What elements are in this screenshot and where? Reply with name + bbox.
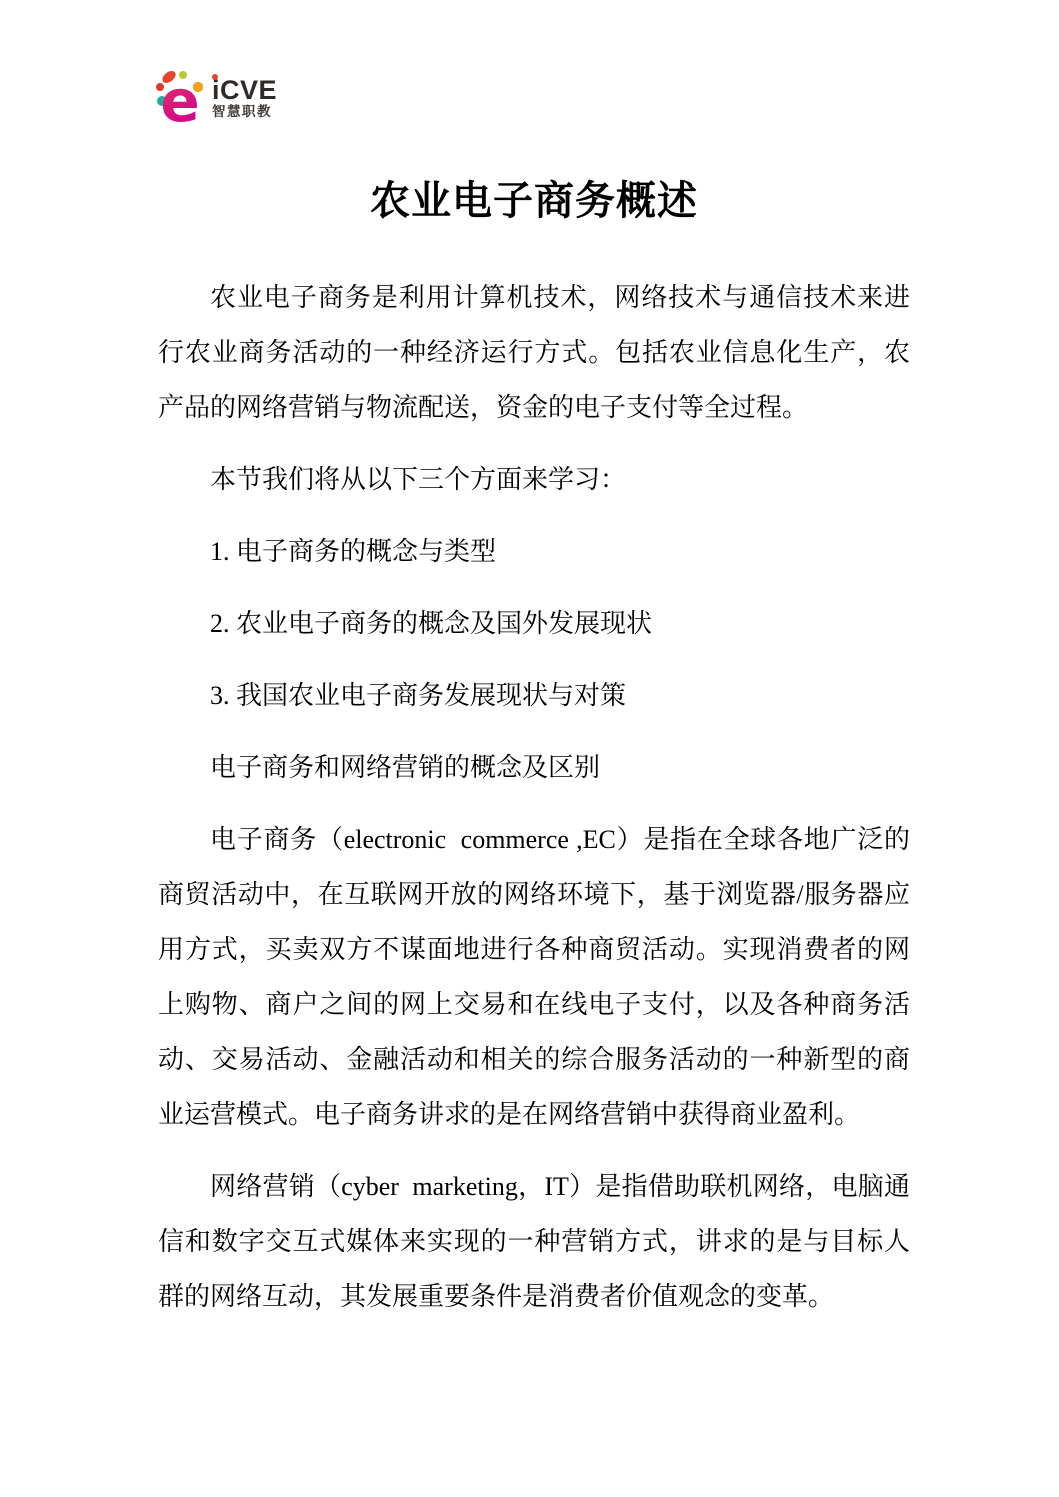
list-item-2: 2. 农业电子商务的概念及国外发展现状 xyxy=(158,596,910,651)
brand-letters-cve: CVE xyxy=(220,75,277,105)
icve-logo: e iCVE 智慧职教 xyxy=(156,70,277,123)
brand-letter-i: i xyxy=(212,75,220,105)
icve-logo-text: iCVE 智慧职教 xyxy=(212,70,277,119)
list-item-1: 1. 电子商务的概念与类型 xyxy=(158,524,910,579)
document-title: 农业电子商务概述 xyxy=(158,172,910,230)
brand-subtitle: 智慧职教 xyxy=(212,104,277,119)
paragraph-lead-in: 本节我们将从以下三个方面来学习： xyxy=(158,452,910,507)
section-heading: 电子商务和网络营销的概念及区别 xyxy=(158,740,910,795)
brand-name: iCVE xyxy=(212,78,277,102)
paragraph-ecommerce: 电子商务（electronic commerce ,EC）是指在全球各地广泛的商… xyxy=(158,812,910,1142)
paragraph-cybermarketing: 网络营销（cyber marketing，IT）是指借助联机网络，电脑通信和数字… xyxy=(158,1159,910,1324)
document-page: e iCVE 智慧职教 农业电子商务概述 农业电子商务是利用计算机技术，网络技术… xyxy=(0,0,1059,1497)
paragraph-intro: 农业电子商务是利用计算机技术，网络技术与通信技术来进行农业商务活动的一种经济运行… xyxy=(158,270,910,435)
svg-text:e: e xyxy=(160,70,199,123)
list-item-3: 3. 我国农业电子商务发展现状与对策 xyxy=(158,668,910,723)
document-content: 农业电子商务概述 农业电子商务是利用计算机技术，网络技术与通信技术来进行农业商务… xyxy=(0,0,1059,1324)
icve-logo-mark-icon: e xyxy=(156,70,204,123)
